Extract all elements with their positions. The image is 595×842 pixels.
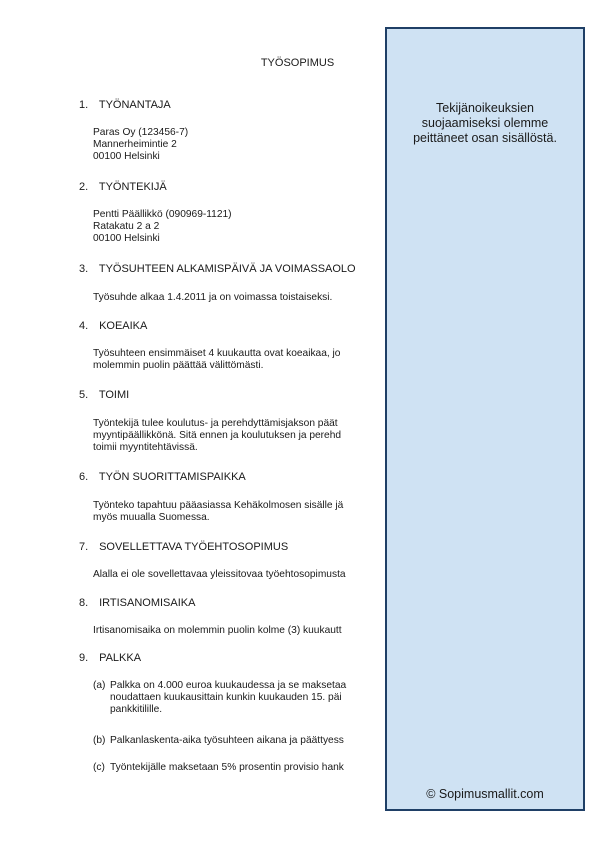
copyright-text: © Sopimusmallit.com xyxy=(387,787,583,801)
copyright-notice: Tekijänoikeuksien suojaamiseksi olemme p… xyxy=(387,101,583,146)
section-heading-3: 3. TYÖSUHTEEN ALKAMISPÄIVÄ JA VOIMASSAOL… xyxy=(79,263,356,275)
section-body-5: Työntekijä tulee koulutus- ja perehdyttä… xyxy=(93,418,341,454)
salary-item-a: (a) Palkka on 4.000 euroa kuukaudessa ja… xyxy=(93,680,346,716)
section-body-2: Pentti Päällikkö (090969-1121) Ratakatu … xyxy=(93,209,232,245)
section-body-3: Työsuhde alkaa 1.4.2011 ja on voimassa t… xyxy=(93,292,332,304)
section-body-6: Työnteko tapahtuu pääasiassa Kehäkolmose… xyxy=(93,500,343,524)
section-heading-7: 7. SOVELLETTAVA TYÖEHTOSOPIMUS xyxy=(79,541,288,553)
salary-item-c: (c) Työntekijälle maksetaan 5% prosentin… xyxy=(93,762,344,774)
section-body-1: Paras Oy (123456-7) Mannerheimintie 2 00… xyxy=(93,127,188,163)
section-heading-2: 2. TYÖNTEKIJÄ xyxy=(79,181,167,193)
salary-item-b: (b) Palkanlaskenta-aika työsuhteen aikan… xyxy=(93,735,344,747)
section-body-4: Työsuhteen ensimmäiset 4 kuukautta ovat … xyxy=(93,348,340,372)
copyright-overlay: Tekijänoikeuksien suojaamiseksi olemme p… xyxy=(385,27,585,811)
section-heading-9: 9. PALKKA xyxy=(79,652,141,664)
section-heading-1: 1. TYÖNANTAJA xyxy=(79,99,171,111)
section-body-8: Irtisanomisaika on molemmin puolin kolme… xyxy=(93,625,342,637)
section-body-7: Alalla ei ole sovellettavaa yleissitovaa… xyxy=(93,569,346,581)
section-heading-4: 4. KOEAIKA xyxy=(79,320,147,332)
section-heading-8: 8. IRTISANOMISAIKA xyxy=(79,597,195,609)
section-heading-5: 5. TOIMI xyxy=(79,389,129,401)
section-heading-6: 6. TYÖN SUORITTAMISPAIKKA xyxy=(79,471,246,483)
